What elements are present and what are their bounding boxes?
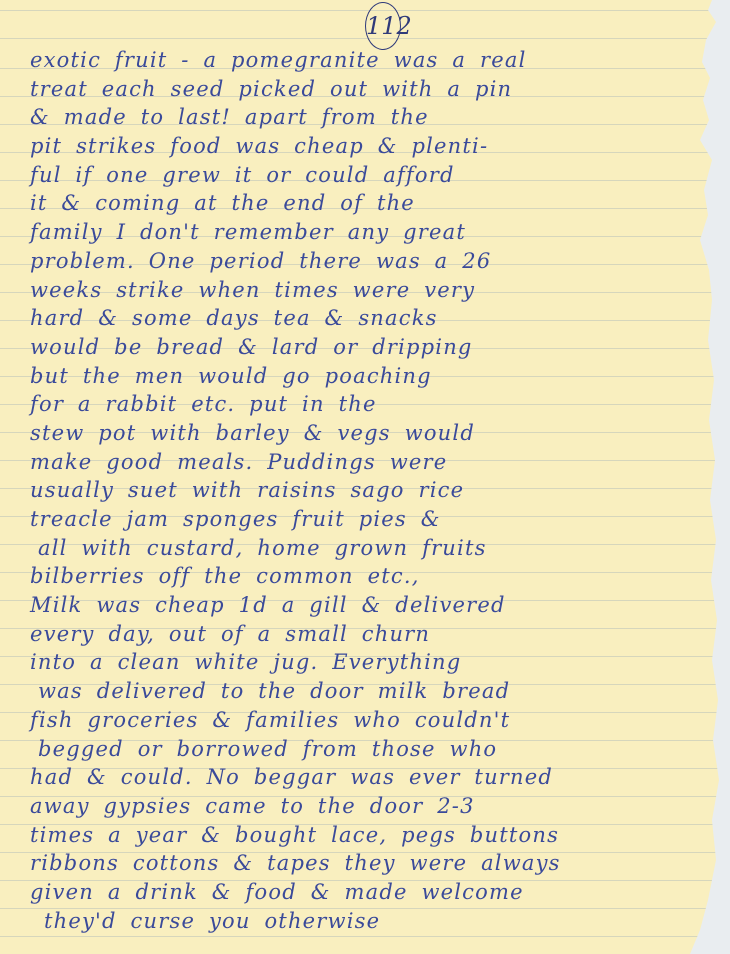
text-line: ribbons cottons & tapes they were always — [30, 849, 700, 878]
notebook-page: 112 exotic fruit - a pomegranite was a r… — [0, 0, 730, 954]
text-line: but the men would go poaching — [30, 362, 700, 391]
text-line: for a rabbit etc. put in the — [30, 390, 700, 419]
text-line: begged or borrowed from those who — [30, 735, 700, 764]
text-line: hard & some days tea & snacks — [30, 304, 700, 333]
text-line: treacle jam sponges fruit pies & — [30, 505, 700, 534]
text-line: they'd curse you otherwise — [30, 907, 700, 936]
text-line: stew pot with barley & vegs would — [30, 419, 700, 448]
text-line: fish groceries & families who couldn't — [30, 706, 700, 735]
text-line: would be bread & lard or dripping — [30, 333, 700, 362]
text-line: was delivered to the door milk bread — [30, 677, 700, 706]
text-line: problem. One period there was a 26 — [30, 247, 700, 276]
text-line: had & could. No beggar was ever turned — [30, 763, 700, 792]
text-line: bilberries off the common etc., — [30, 562, 700, 591]
text-line: weeks strike when times were very — [30, 276, 700, 305]
text-line: & made to last! apart from the — [30, 103, 700, 132]
text-line: family I don't remember any great — [30, 218, 700, 247]
text-line: exotic fruit - a pomegranite was a real — [30, 46, 700, 75]
text-line: usually suet with raisins sago rice — [30, 476, 700, 505]
text-line: pit strikes food was cheap & plenti- — [30, 132, 700, 161]
text-line: away gypsies came to the door 2-3 — [30, 792, 700, 821]
text-line: Milk was cheap 1d a gill & delivered — [30, 591, 700, 620]
text-line: ful if one grew it or could afford — [30, 161, 700, 190]
text-line: treat each seed picked out with a pin — [30, 75, 700, 104]
text-line: every day, out of a small churn — [30, 620, 700, 649]
page-number-circled: 112 — [365, 2, 401, 50]
text-line: all with custard, home grown fruits — [30, 534, 700, 563]
text-line: it & coming at the end of the — [30, 189, 700, 218]
handwritten-text: exotic fruit - a pomegranite was a real … — [30, 46, 700, 935]
text-line: given a drink & food & made welcome — [30, 878, 700, 907]
text-line: into a clean white jug. Everything — [30, 648, 700, 677]
text-line: make good meals. Puddings were — [30, 448, 700, 477]
text-line: times a year & bought lace, pegs buttons — [30, 821, 700, 850]
